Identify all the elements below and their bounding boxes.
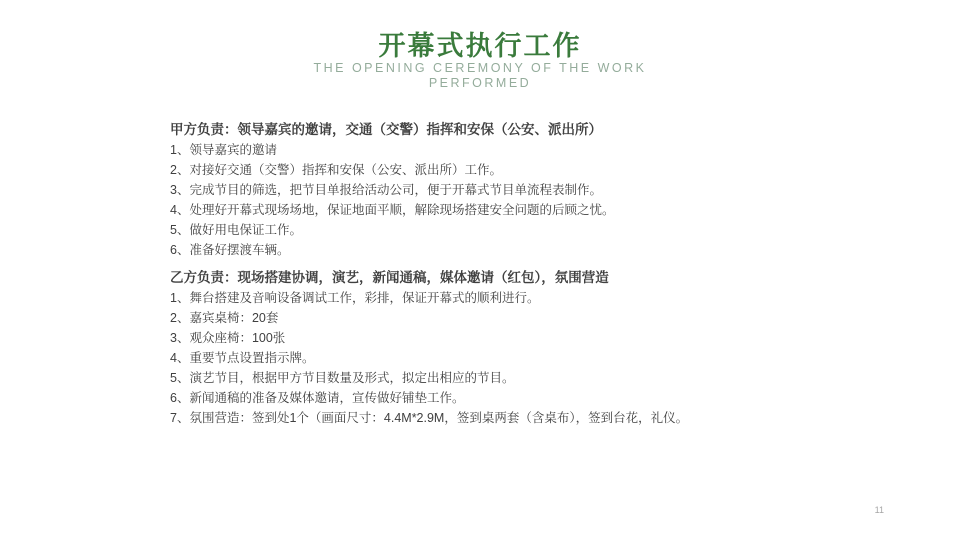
slide: 开幕式执行工作 THE OPENING CEREMONY OF THE WORK… — [0, 0, 960, 540]
list-item: 5、做好用电保证工作。 — [170, 220, 810, 240]
list-item: 6、新闻通稿的准备及媒体邀请，宣传做好铺垫工作。 — [170, 388, 810, 408]
section-header: 甲方负责：领导嘉宾的邀请，交通（交警）指挥和安保（公安、派出所） — [170, 120, 810, 140]
body-content: 甲方负责：领导嘉宾的邀请，交通（交警）指挥和安保（公安、派出所） 1、领导嘉宾的… — [170, 120, 810, 428]
list-item: 7、氛围营造：签到处1个（画面尺寸：4.4M*2.9M，签到桌两套（含桌布），签… — [170, 408, 810, 428]
list-item: 5、演艺节目，根据甲方节目数量及形式，拟定出相应的节目。 — [170, 368, 810, 388]
section-header: 乙方负责：现场搭建协调，演艺，新闻通稿，媒体邀请（红包），氛围营造 — [170, 268, 810, 288]
subtitle-line-1: THE OPENING CEREMONY OF THE WORK — [0, 61, 960, 76]
page-subtitle: THE OPENING CEREMONY OF THE WORK PERFORM… — [0, 61, 960, 91]
section-divider-space — [170, 260, 810, 268]
subtitle-line-2: PERFORMED — [0, 76, 960, 91]
list-item: 6、准备好摆渡车辆。 — [170, 240, 810, 260]
list-item: 1、舞台搭建及音响设备调试工作，彩排，保证开幕式的顺利进行。 — [170, 288, 810, 308]
list-item: 1、领导嘉宾的邀请 — [170, 140, 810, 160]
page-title: 开幕式执行工作 — [0, 24, 960, 63]
list-item: 4、重要节点设置指示牌。 — [170, 348, 810, 368]
list-item: 3、观众座椅：100张 — [170, 328, 810, 348]
list-item: 2、嘉宾桌椅：20套 — [170, 308, 810, 328]
list-item: 4、处理好开幕式现场场地，保证地面平顺，解除现场搭建安全问题的后顾之忧。 — [170, 200, 810, 220]
section-party-b: 乙方负责：现场搭建协调，演艺，新闻通稿，媒体邀请（红包），氛围营造 1、舞台搭建… — [170, 268, 810, 428]
list-item: 2、对接好交通（交警）指挥和安保（公安、派出所）工作。 — [170, 160, 810, 180]
section-party-a: 甲方负责：领导嘉宾的邀请，交通（交警）指挥和安保（公安、派出所） 1、领导嘉宾的… — [170, 120, 810, 260]
page-number: 11 — [875, 505, 884, 515]
list-item: 3、完成节目的筛选，把节目单报给活动公司，便于开幕式节目单流程表制作。 — [170, 180, 810, 200]
